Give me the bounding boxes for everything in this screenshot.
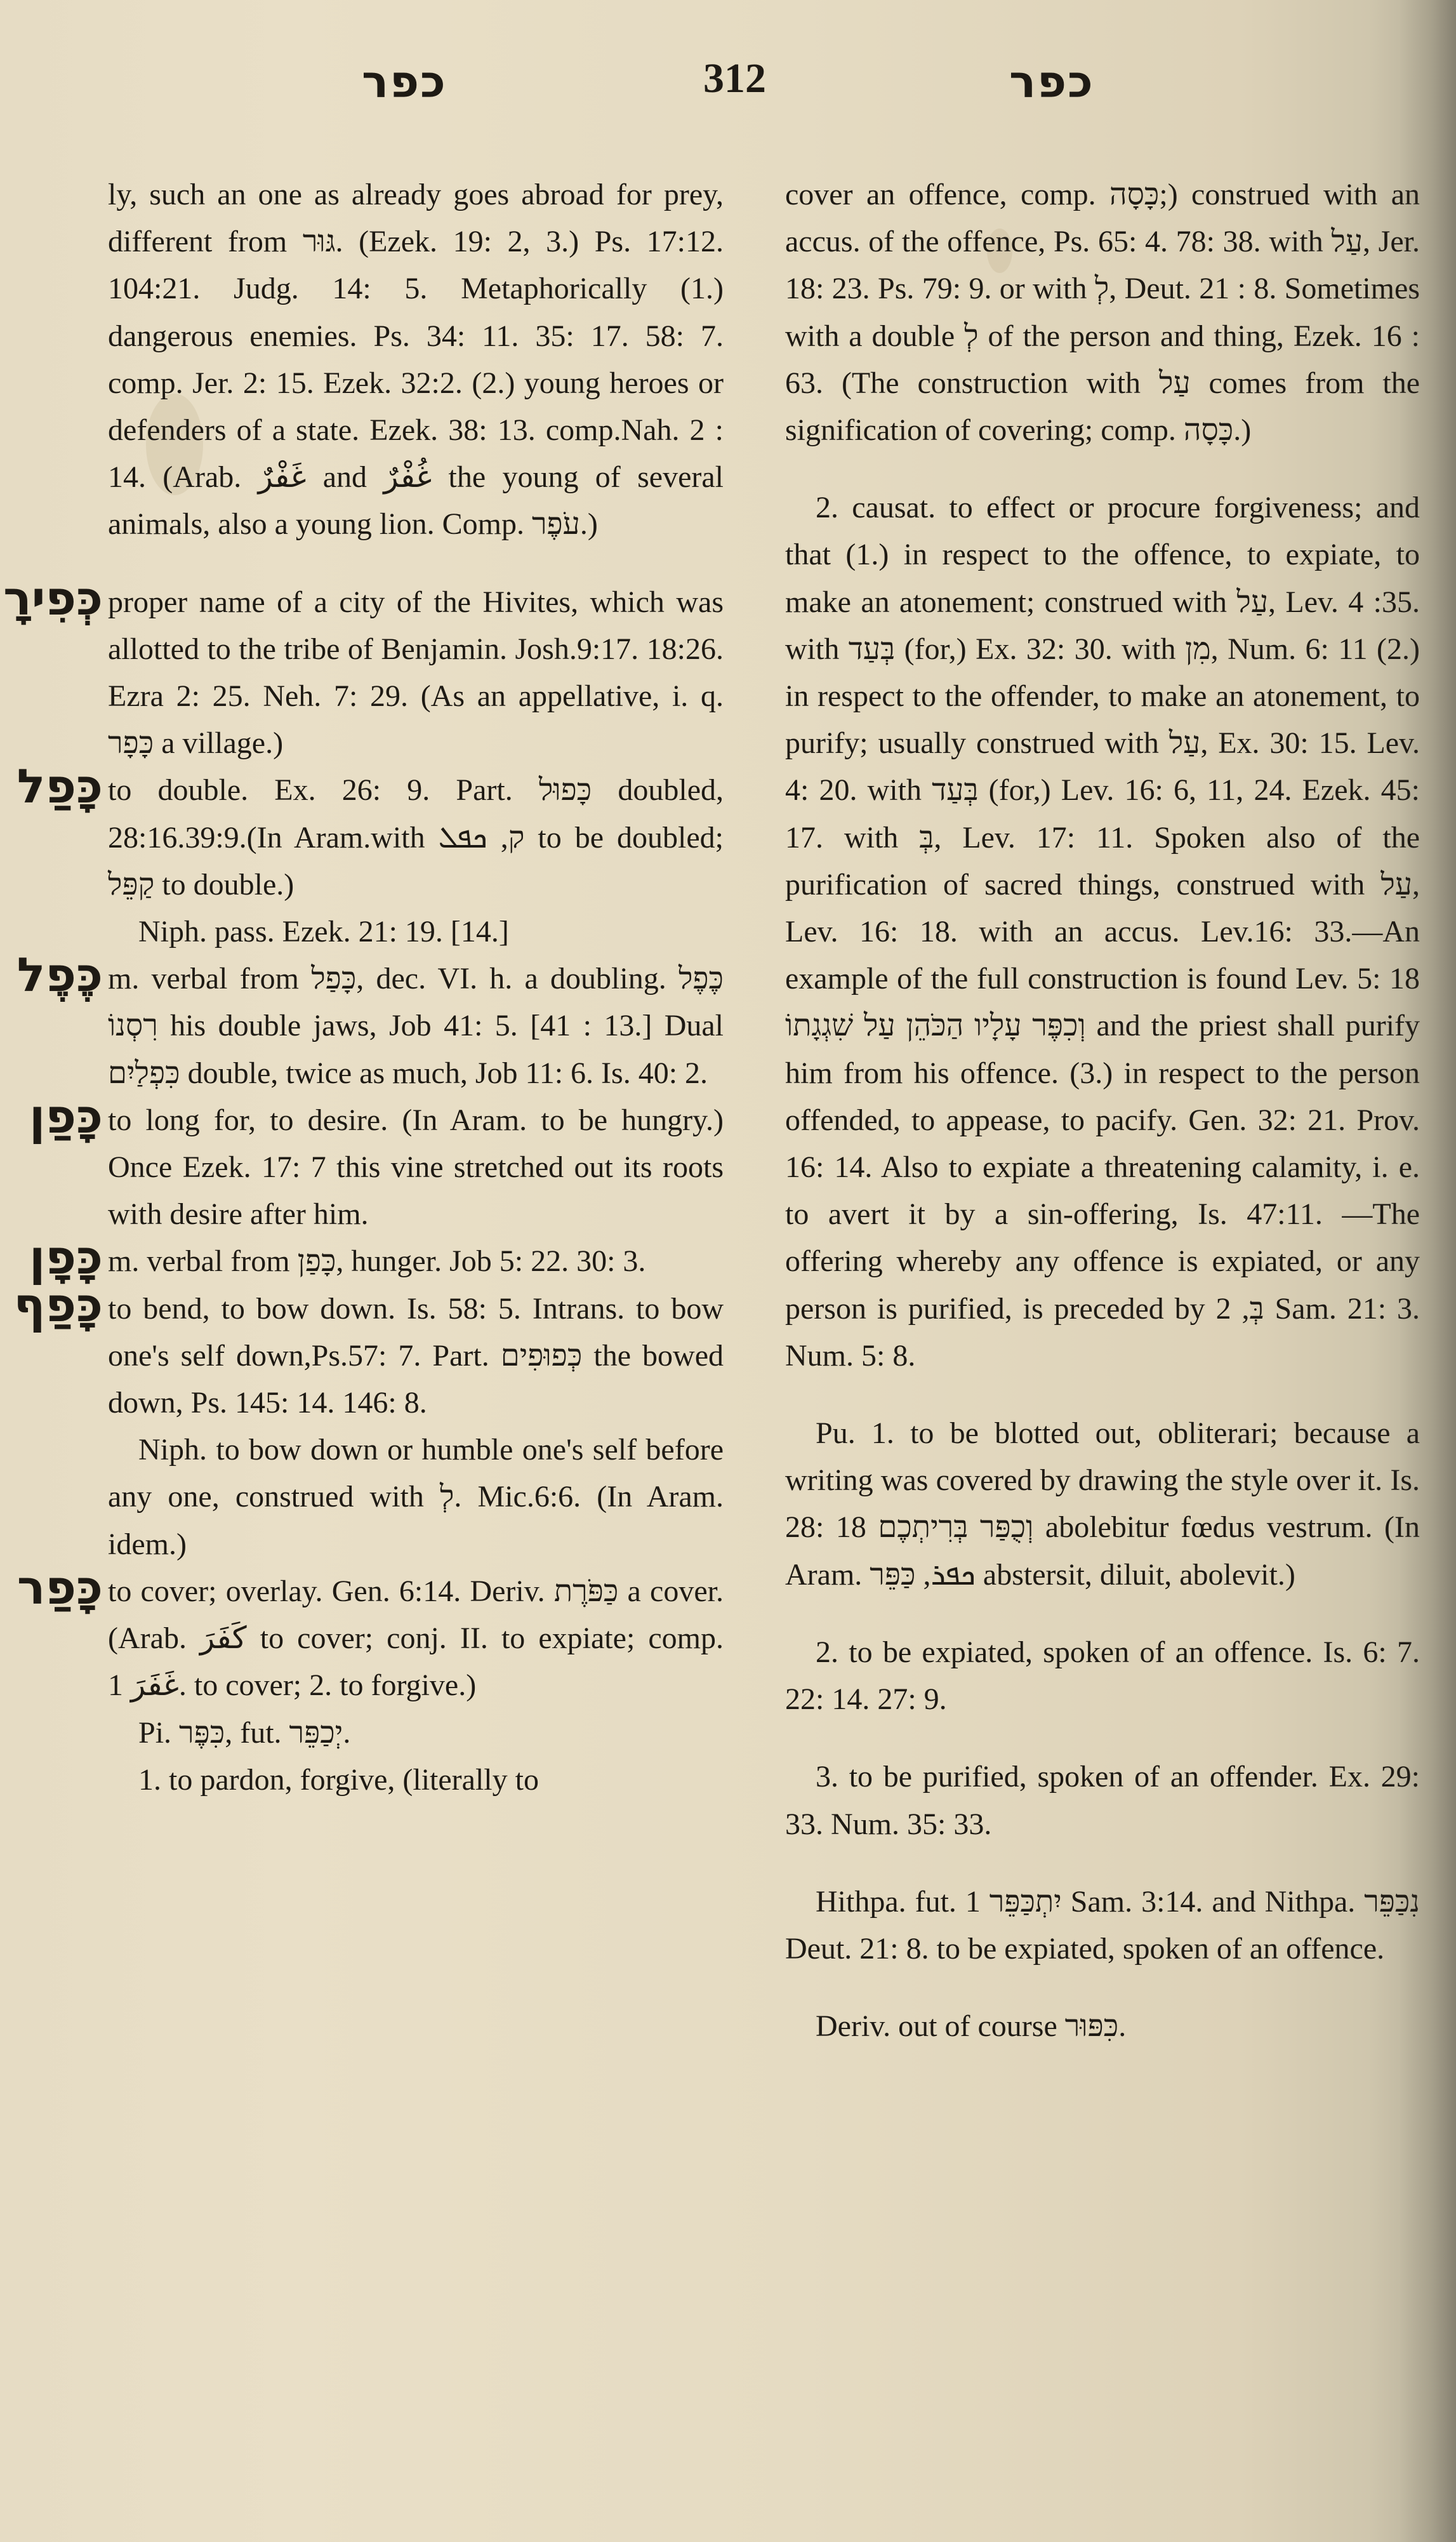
entry-definition: m. verbal from כָּפַל, dec. VI. h. a dou… xyxy=(108,955,724,1097)
entry-headword: כְּפִירָה xyxy=(14,575,103,622)
left-column: ly, such an one as already goes abroad f… xyxy=(108,141,724,1804)
dictionary-entry: כְּפִירָה proper name of a city of the H… xyxy=(108,579,724,768)
entry-headword: כָּפַף xyxy=(14,1282,103,1329)
entry-definition: to long for, to desire. (In Aram. to be … xyxy=(108,1097,724,1239)
entry-headword: כָּפַל xyxy=(14,763,103,810)
entry-subsense: Niph. to bow down or humble one's self b… xyxy=(108,1427,724,1568)
right-column: cover an offence, comp. כָּסָה;) constru… xyxy=(785,141,1420,2080)
page-header: כפר 312 כפר xyxy=(0,51,1456,108)
entry-paragraph: cover an offence, comp. כָּסָה;) constru… xyxy=(785,171,1420,454)
continued-entry-text: ly, such an one as already goes abroad f… xyxy=(108,171,724,549)
entry-definition: to cover; overlay. Gen. 6:14. Deriv. כַּ… xyxy=(108,1568,724,1710)
entry-headword: כָּפַר xyxy=(14,1564,103,1611)
entry-headword: כָּפָן xyxy=(14,1234,103,1281)
entry-headword: כָּפַן xyxy=(14,1093,103,1140)
entry-headword: כֶּפֶל xyxy=(14,952,103,999)
entry-subsense: 1. to pardon, forgive, (literally to xyxy=(108,1757,724,1804)
entry-subsense: Niph. pass. Ezek. 21: 19. [14.] xyxy=(108,908,724,955)
dictionary-entry: כָּפַן to long for, to desire. (In Aram.… xyxy=(108,1097,724,1239)
dictionary-entry: כָּפַף to bend, to bow down. Is. 58: 5. … xyxy=(108,1286,724,1568)
entry-definition: to double. Ex. 26: 9. Part. כָּפוּל doub… xyxy=(108,767,724,908)
entry-paragraph: Pu. 1. to be blotted out, obliterari; be… xyxy=(785,1410,1420,1599)
entry-paragraph: Deriv. out of course כִּפּוּר. xyxy=(785,2003,1420,2050)
dictionary-entry: כָּפַל to double. Ex. 26: 9. Part. כָּפו… xyxy=(108,767,724,955)
entry-definition: to bend, to bow down. Is. 58: 5. Intrans… xyxy=(108,1286,724,1427)
running-head-right: כפר xyxy=(1009,56,1094,108)
dictionary-entry: כָּפַר to cover; overlay. Gen. 6:14. Der… xyxy=(108,1568,724,1804)
dictionary-entry: כֶּפֶל m. verbal from כָּפַל, dec. VI. h… xyxy=(108,955,724,1097)
entry-paragraph: Hithpa. fut. יִתְכַּפֵּר 1 Sam. 3:14. an… xyxy=(785,1879,1420,1973)
entry-paragraph: 2. to be expiated, spoken of an offence.… xyxy=(785,1629,1420,1723)
entry-definition: proper name of a city of the Hivites, wh… xyxy=(108,579,724,768)
page-number: 312 xyxy=(703,55,766,103)
page-edge-shadow xyxy=(1399,0,1456,2542)
entry-subsense: Pi. כִּפֶּר, fut. יְכַפֵּר. xyxy=(108,1710,724,1757)
running-head-left: כפר xyxy=(362,56,447,108)
dictionary-entry: כָּפָן m. verbal from כָּפַן, hunger. Jo… xyxy=(108,1238,724,1285)
entry-definition: m. verbal from כָּפַן, hunger. Job 5: 22… xyxy=(108,1238,724,1285)
entry-paragraph: 3. to be purified, spoken of an offender… xyxy=(785,1753,1420,1847)
entry-paragraph: 2. causat. to effect or procure forgiven… xyxy=(785,484,1420,1380)
